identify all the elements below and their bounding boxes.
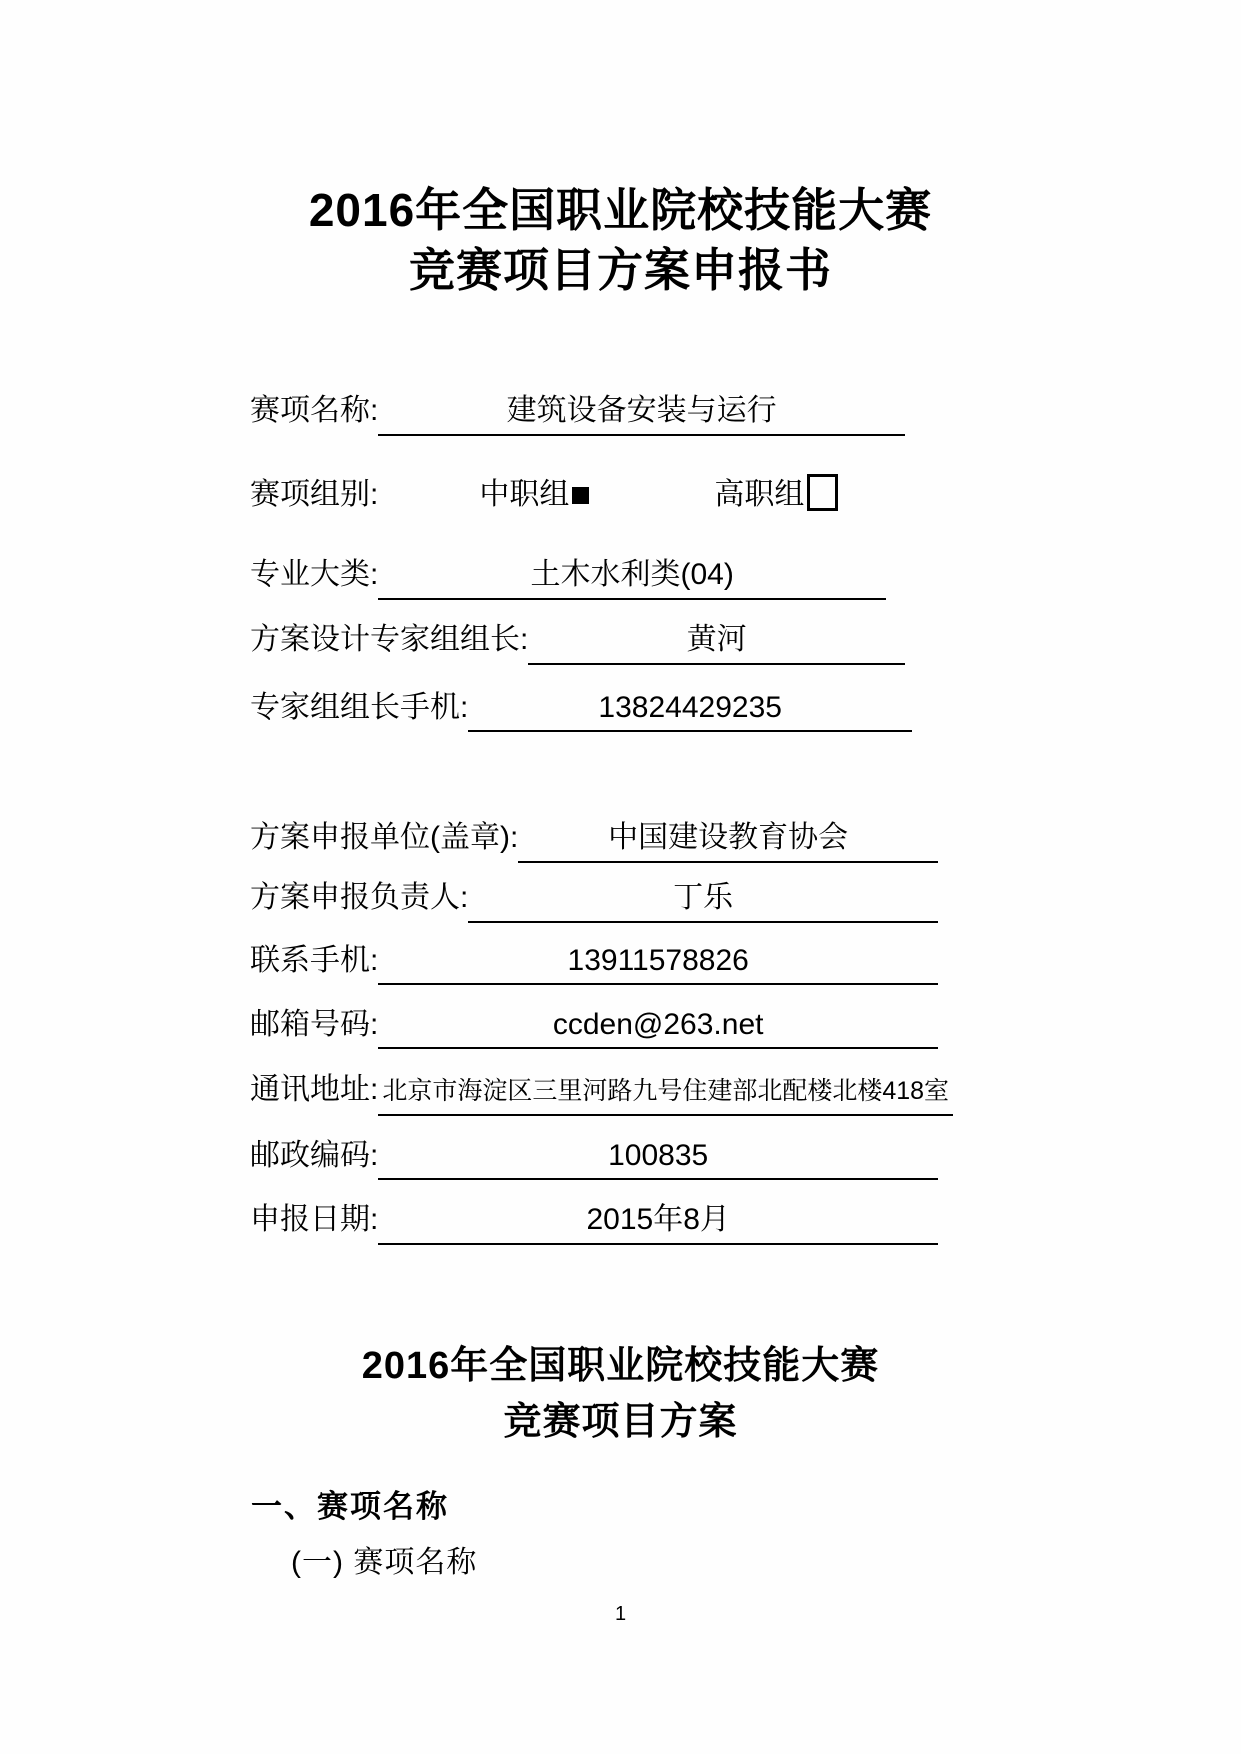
option-label: 中职组 (479, 478, 569, 511)
field-label: 专业大类: (250, 549, 378, 593)
page-number: 1 (0, 1603, 1241, 1626)
field-value: 土木水利类(04) (378, 549, 886, 600)
field-label: 方案申报单位(盖章): (250, 812, 518, 856)
field-email: 邮箱号码: ccden@263.net (250, 999, 938, 1049)
field-value: 中国建设教育协会 (518, 812, 938, 863)
field-label: 邮政编码: (250, 1130, 378, 1174)
field-value: 北京市海淀区三里河路九号住建部北配楼北楼418室 (378, 1071, 953, 1116)
section-title-line2: 竞赛项目方案 (0, 1394, 1241, 1450)
field-applicant-unit: 方案申报单位(盖章): 中国建设教育协会 (250, 812, 938, 863)
field-label: 方案申报负责人: (250, 872, 468, 916)
document-title-line1: 2016年全国职业院校技能大赛 (0, 180, 1241, 240)
field-label: 方案设计专家组组长: (250, 614, 528, 658)
field-value: ccden@263.net (378, 1008, 938, 1049)
field-postal-code: 邮政编码: 100835 (250, 1130, 938, 1180)
field-expert-group-leader: 方案设计专家组组长: 黄河 (250, 614, 905, 665)
field-applicant-person: 方案申报负责人: 丁乐 (250, 872, 938, 923)
group-option-secondary-vocational: 中职组 (479, 469, 589, 513)
field-value: 100835 (378, 1139, 938, 1180)
checkbox-checked-icon (572, 487, 589, 504)
field-contact-phone: 联系手机: 13911578826 (250, 935, 938, 985)
field-event-name: 赛项名称: 建筑设备安装与运行 (250, 385, 905, 436)
field-label: 联系手机: (250, 935, 378, 979)
field-label: 通讯地址: (250, 1064, 378, 1108)
section-subheading: (一) 赛项名称 (291, 1537, 477, 1581)
section-title: 2016年全国职业院校技能大赛 竞赛项目方案 (0, 1338, 1241, 1450)
field-mailing-address: 通讯地址: 北京市海淀区三里河路九号住建部北配楼北楼418室 (250, 1064, 938, 1116)
field-event-group: 赛项组别: 中职组 高职组 (250, 469, 838, 513)
document-title-line2: 竞赛项目方案申报书 (0, 240, 1241, 300)
field-value: 黄河 (528, 614, 905, 665)
section-title-line1: 2016年全国职业院校技能大赛 (0, 1338, 1241, 1394)
field-label: 专家组组长手机: (250, 682, 468, 726)
checkbox-unchecked-icon (807, 474, 838, 511)
field-value: 丁乐 (468, 872, 938, 923)
field-value: 建筑设备安装与运行 (378, 385, 905, 436)
section-heading: 一、赛项名称 (251, 1481, 449, 1526)
field-value: 2015年8月 (378, 1194, 938, 1245)
field-application-date: 申报日期: 2015年8月 (250, 1194, 938, 1245)
field-value: 13911578826 (378, 944, 938, 985)
field-label: 赛项组别: (250, 469, 378, 513)
group-option-higher-vocational: 高职组 (714, 469, 838, 513)
option-label: 高职组 (714, 478, 804, 511)
field-value: 13824429235 (468, 691, 912, 732)
document-title: 2016年全国职业院校技能大赛 竞赛项目方案申报书 (0, 180, 1241, 300)
field-expert-leader-phone: 专家组组长手机: 13824429235 (250, 682, 912, 732)
field-label: 邮箱号码: (250, 999, 378, 1043)
field-label: 赛项名称: (250, 385, 378, 429)
document-page: 2016年全国职业院校技能大赛 竞赛项目方案申报书 赛项名称: 建筑设备安装与运… (0, 0, 1241, 1754)
field-label: 申报日期: (250, 1194, 378, 1238)
field-major-category: 专业大类: 土木水利类(04) (250, 549, 886, 600)
